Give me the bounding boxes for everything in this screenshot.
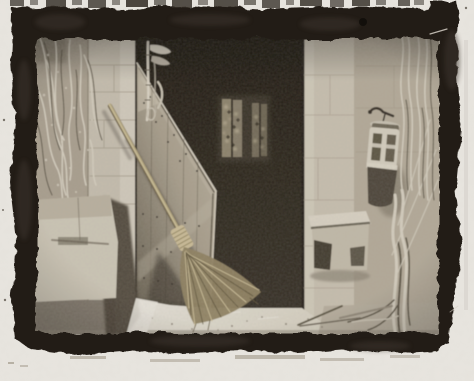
photo-image [33,35,440,338]
photo-grain [33,35,440,335]
plate-dark-spot [359,18,367,26]
paper-right-streak [464,40,468,310]
photograph-print [0,0,474,381]
